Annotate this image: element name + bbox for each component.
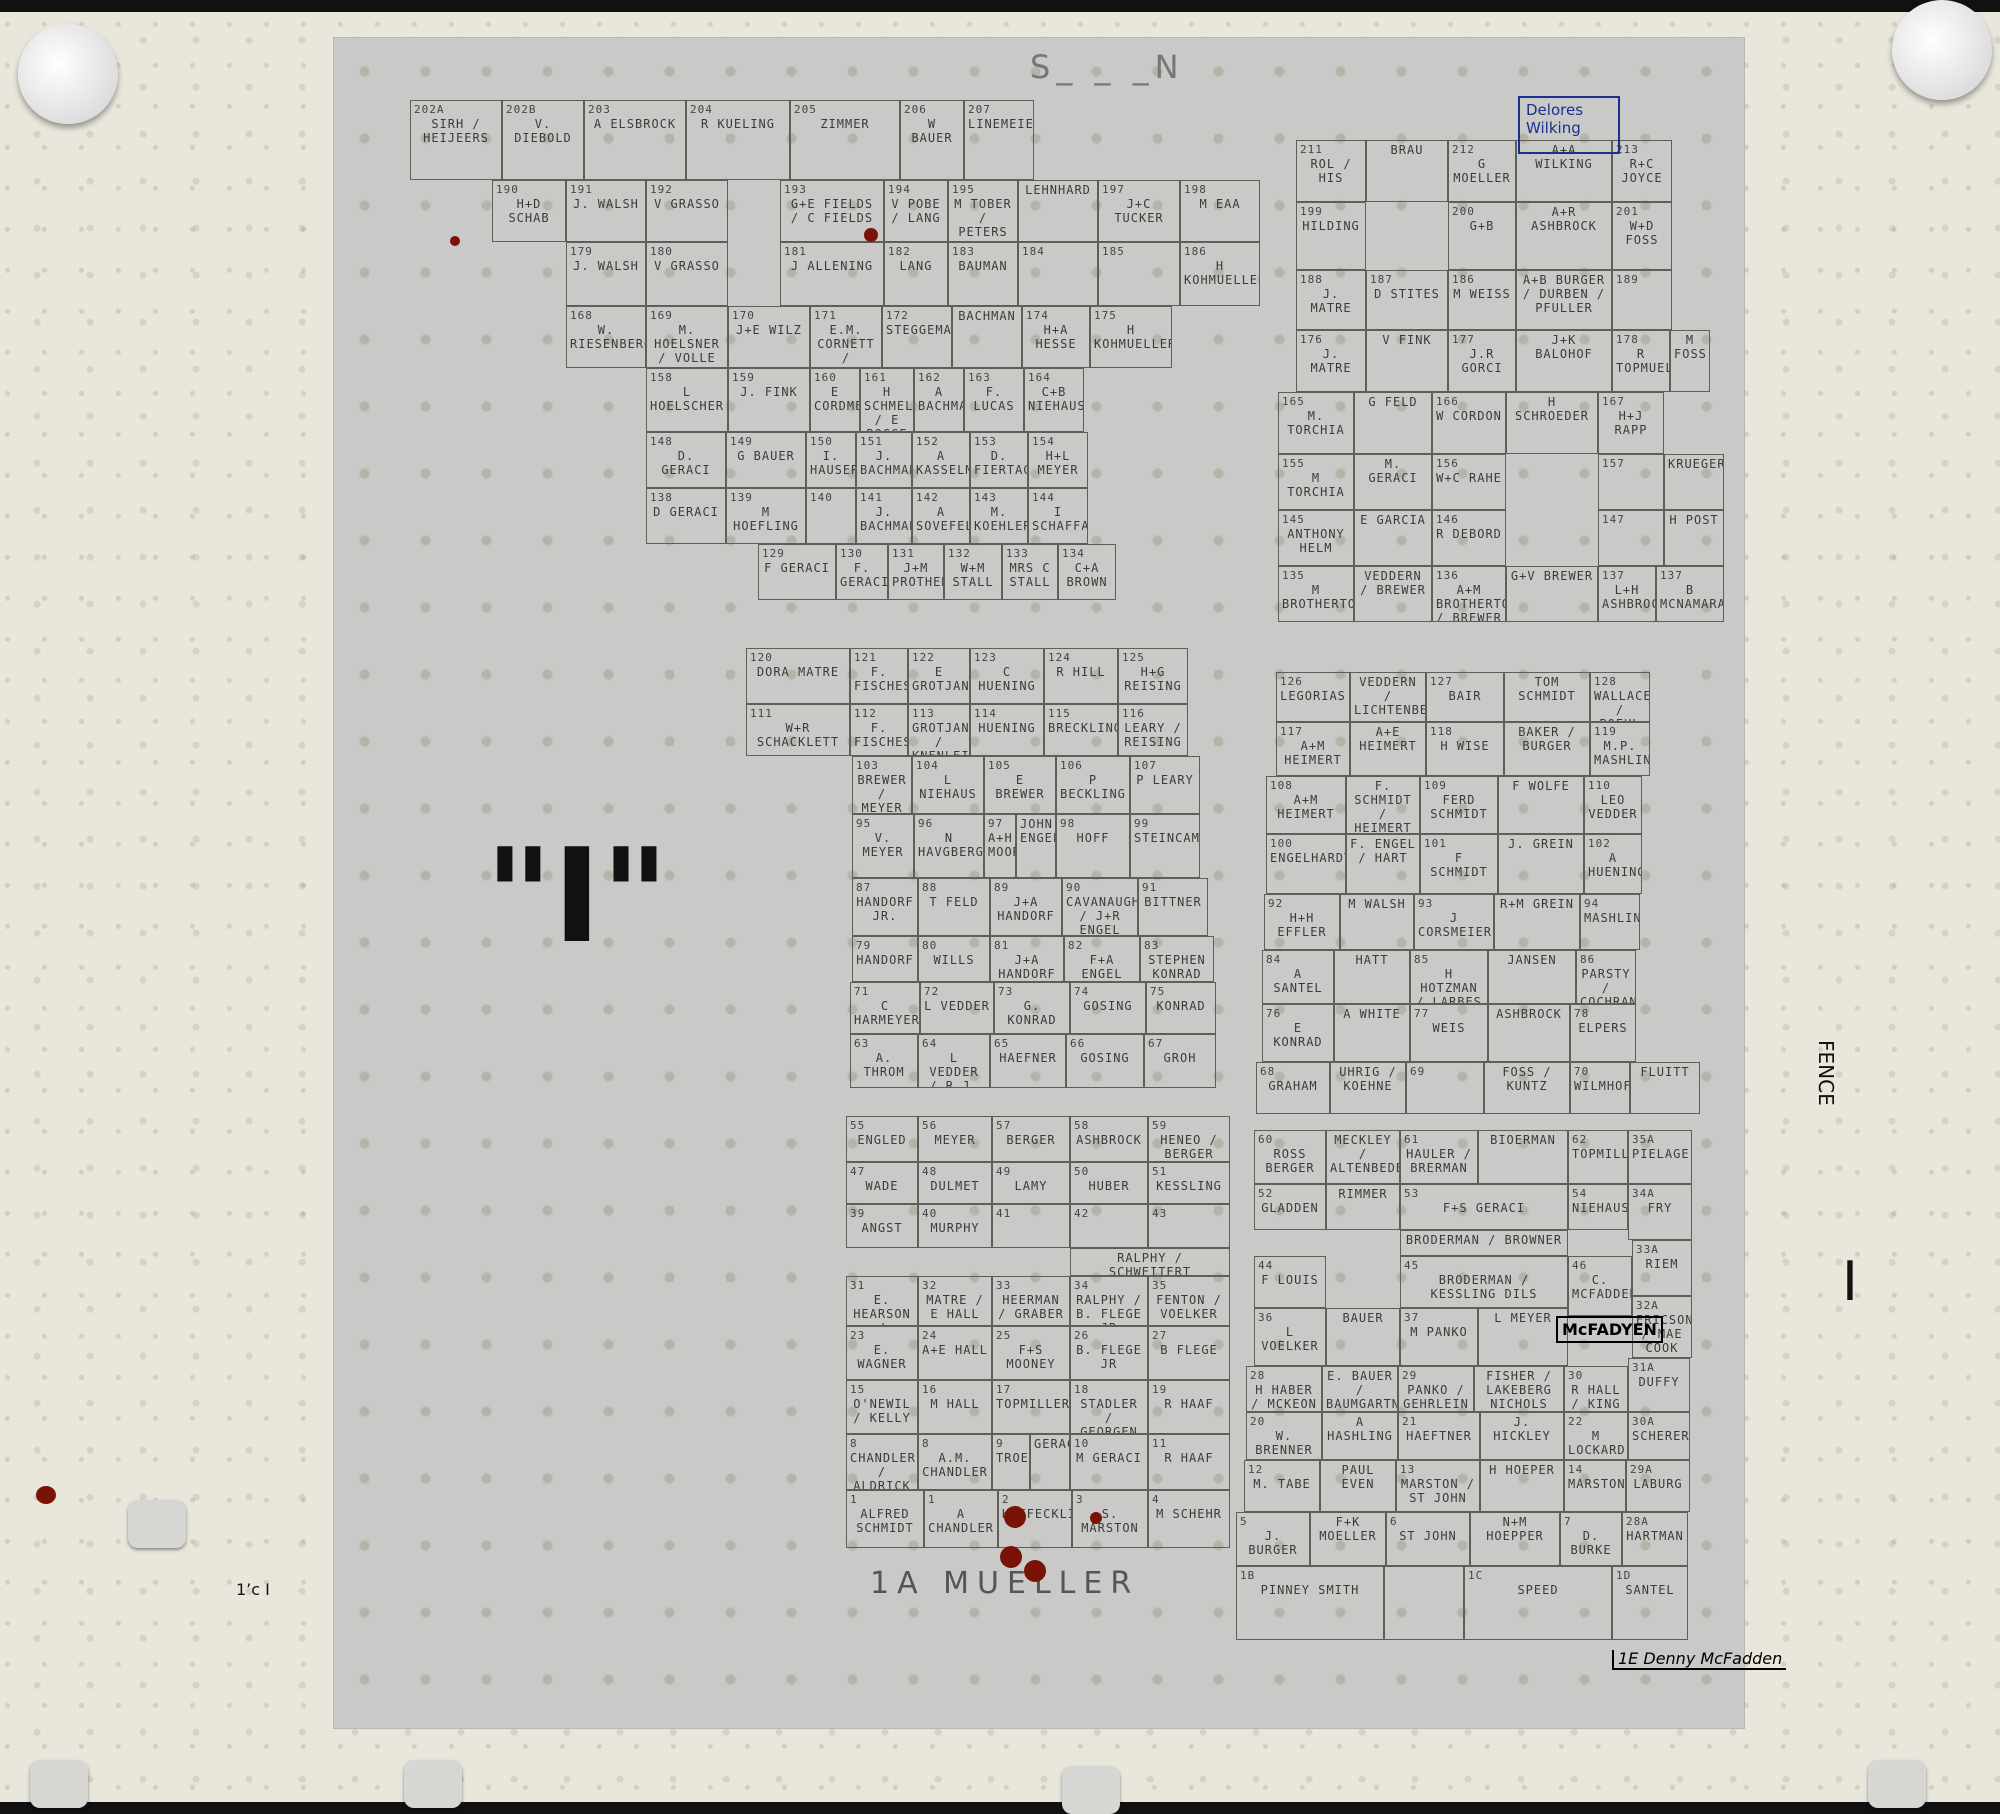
plot-cell: H HOEPER bbox=[1480, 1460, 1564, 1512]
plot-number: 162 bbox=[918, 371, 960, 385]
plot-number: 73 bbox=[998, 985, 1066, 999]
plot-owner-name: B MCNAMARA bbox=[1660, 583, 1720, 611]
plot-number: 206 bbox=[904, 103, 960, 117]
plot-owner-name: BAUMAN bbox=[952, 259, 1014, 273]
plot-number: 68 bbox=[1260, 1065, 1326, 1079]
plot-cell: 114HUENING bbox=[970, 704, 1044, 756]
plot-owner-name: F SCHMIDT bbox=[1424, 851, 1494, 879]
plot-number: 15 bbox=[850, 1383, 914, 1397]
plot-owner-name: E KONRAD bbox=[1266, 1021, 1330, 1049]
plot-cell: 83STEPHEN KONRAD bbox=[1140, 936, 1214, 982]
plot-cell: 42 bbox=[1070, 1204, 1148, 1248]
plot-owner-name: F. GERACI bbox=[840, 561, 884, 589]
plot-owner-name: A SOVEFELD bbox=[916, 505, 966, 533]
plot-number: 103 bbox=[856, 759, 908, 773]
plot-owner-name: H+L MEYER bbox=[1032, 449, 1084, 477]
plot-number: 25 bbox=[996, 1329, 1066, 1343]
plot-owner-name: ALFRED SCHMIDT bbox=[850, 1507, 920, 1535]
plot-cell: F. SCHMIDT / HEIMERT bbox=[1346, 776, 1420, 834]
plot-owner-name: V GRASSO bbox=[650, 197, 724, 211]
plot-owner-name: D. GERACI bbox=[650, 449, 722, 477]
plot-cell: 107P LEARY bbox=[1130, 756, 1200, 814]
plot-number: 192 bbox=[650, 183, 724, 197]
plot-owner-name: JANSEN bbox=[1492, 953, 1572, 967]
plot-owner-name: H SCHROEDER bbox=[1510, 395, 1594, 423]
plot-cell: 66GOSING bbox=[1066, 1034, 1144, 1088]
plot-number: 7 bbox=[1564, 1515, 1618, 1529]
plot-number: 123 bbox=[974, 651, 1040, 665]
plot-number: 132 bbox=[948, 547, 998, 561]
plot-owner-name: HEERMAN / GRABER bbox=[996, 1293, 1066, 1321]
plot-owner-name: GLADDEN bbox=[1258, 1201, 1322, 1215]
plot-cell bbox=[1384, 1566, 1464, 1640]
plot-cell: 20W. BRENNER bbox=[1246, 1412, 1322, 1460]
plot-owner-name: ENGELHARDT bbox=[1270, 851, 1342, 865]
plot-number: 211 bbox=[1300, 143, 1362, 157]
plot-cell: 189 bbox=[1612, 270, 1672, 330]
plot-cell: 95V. MEYER bbox=[852, 814, 914, 878]
plot-number: 67 bbox=[1148, 1037, 1212, 1051]
pushpin-top-right bbox=[1892, 0, 1992, 100]
plot-cell: 198M EAA bbox=[1180, 180, 1260, 242]
plot-cell: JOHN ENGEL bbox=[1016, 814, 1056, 878]
plot-number: 141 bbox=[860, 491, 908, 505]
plot-cell: 150I. HAUSER bbox=[806, 432, 856, 488]
plot-cell: ASHBROCK bbox=[1488, 1004, 1570, 1062]
plot-number: 37 bbox=[1404, 1311, 1474, 1325]
plot-owner-name: PAUL EVEN bbox=[1324, 1463, 1392, 1491]
tack-bottom-4 bbox=[1868, 1760, 1926, 1808]
plot-owner-name: RALPHY / SCHWEITERT bbox=[1074, 1251, 1226, 1276]
plot-owner-name: STEINCAMP bbox=[1134, 831, 1196, 845]
plot-cell: PAUL EVEN bbox=[1320, 1460, 1396, 1512]
plot-owner-name: L VEDDER bbox=[924, 999, 990, 1013]
plot-cell: 175H KOHMUELLER bbox=[1090, 306, 1172, 368]
plot-number: 81 bbox=[994, 939, 1060, 953]
section-marker-right: I bbox=[1842, 1250, 1858, 1313]
plot-number: 184 bbox=[1022, 245, 1094, 259]
plot-cell: 172STEGGEMAN bbox=[882, 306, 952, 368]
plot-cell: 34AFRY bbox=[1628, 1184, 1692, 1240]
plot-number: 204 bbox=[690, 103, 786, 117]
plot-number: 130 bbox=[840, 547, 884, 561]
plot-owner-name: PANKO / GEHRLEIN bbox=[1402, 1383, 1470, 1411]
plot-number: 212 bbox=[1452, 143, 1512, 157]
plot-number: 34A bbox=[1632, 1187, 1688, 1201]
plot-owner-name: HENEO / BERGER bbox=[1152, 1133, 1226, 1161]
plot-number: 165 bbox=[1282, 395, 1350, 409]
plot-owner-name: WALLACE / BOEHL bbox=[1594, 689, 1646, 722]
plot-owner-name: J+A HANDORF bbox=[994, 953, 1060, 981]
plot-owner-name: GROTJAN / KNENLEIN bbox=[912, 721, 966, 756]
plot-cell: 121F. FISCHESSER bbox=[850, 648, 908, 704]
plot-owner-name: J. FINK bbox=[732, 385, 806, 399]
plot-number: 91 bbox=[1142, 881, 1204, 895]
plot-number: 66 bbox=[1070, 1037, 1140, 1051]
plot-cell: 94MASHLINE bbox=[1580, 894, 1640, 950]
plot-cell: 48DULMET bbox=[918, 1162, 992, 1204]
tack-bottom-3 bbox=[1062, 1766, 1120, 1814]
stain-drop bbox=[864, 228, 878, 242]
plot-cell: 178R TOPMUELLER bbox=[1612, 330, 1670, 392]
plot-cell: BIOERMAN bbox=[1478, 1130, 1568, 1184]
plot-cell: 170J+E WILZ bbox=[728, 306, 810, 368]
plot-owner-name: MEYER bbox=[922, 1133, 988, 1147]
plot-owner-name: G MOELLER bbox=[1452, 157, 1512, 185]
plot-owner-name: DORA MATRE bbox=[750, 665, 846, 679]
plot-cell: 117A+M HEIMERT bbox=[1276, 722, 1350, 776]
plot-number: 75 bbox=[1150, 985, 1212, 999]
plot-owner-name: F WOLFE bbox=[1502, 779, 1580, 793]
plot-owner-name: ZIMMER bbox=[794, 117, 896, 131]
plot-number: 164 bbox=[1028, 371, 1080, 385]
plot-cell: 202BV. DIEBOLD bbox=[502, 100, 584, 180]
plot-cell: 134C+A BROWN bbox=[1058, 544, 1116, 600]
plot-number: 118 bbox=[1430, 725, 1500, 739]
plot-cell: 35APIELAGE bbox=[1628, 1130, 1692, 1184]
plot-cell: 147 bbox=[1598, 510, 1664, 566]
plot-owner-name: C+A BROWN bbox=[1062, 561, 1112, 589]
plot-owner-name: M WEISS bbox=[1452, 287, 1512, 301]
plot-cell: 135M BROTHERTON bbox=[1278, 566, 1354, 622]
corner-note: 1’c I bbox=[236, 1580, 270, 1599]
plot-cell: 166W CORDON bbox=[1432, 392, 1506, 454]
plot-owner-name: H KOHMUELLER bbox=[1184, 259, 1256, 287]
plot-cell: 151J. BACHMAN bbox=[856, 432, 912, 488]
plot-owner-name: F GERACI bbox=[762, 561, 832, 575]
plot-number: 213 bbox=[1616, 143, 1668, 157]
plot-number: 143 bbox=[974, 491, 1024, 505]
plot-cell: V FINK bbox=[1366, 330, 1448, 392]
plot-number: 43 bbox=[1152, 1207, 1226, 1221]
plot-number: 63 bbox=[854, 1037, 914, 1051]
plot-cell: 44F LOUIS bbox=[1254, 1256, 1326, 1308]
plot-number: 139 bbox=[730, 491, 802, 505]
plot-owner-name: LEO VEDDER bbox=[1588, 793, 1638, 821]
plot-number: 62 bbox=[1572, 1133, 1624, 1147]
plot-cell: 129F GERACI bbox=[758, 544, 836, 600]
plot-cell: 25F+S MOONEY bbox=[992, 1326, 1070, 1380]
plot-cell: A+E HEIMERT bbox=[1350, 722, 1426, 776]
plot-number: 205 bbox=[794, 103, 896, 117]
plot-cell: 14MARSTON bbox=[1564, 1460, 1626, 1512]
plot-number: 163 bbox=[968, 371, 1020, 385]
plot-cell: 86PARSTY / COCHRAN bbox=[1576, 950, 1636, 1004]
plot-owner-name: TOPMILLER bbox=[1572, 1147, 1624, 1161]
plot-cell: RALPHY / SCHWEITERT bbox=[1070, 1248, 1230, 1276]
plot-number: 122 bbox=[912, 651, 966, 665]
tack-bottom-1 bbox=[30, 1760, 88, 1808]
plot-owner-name: N HAVGBERG bbox=[918, 831, 980, 859]
plot-cell: 113GROTJAN / KNENLEIN bbox=[908, 704, 970, 756]
plot-cell: GERACI bbox=[1030, 1434, 1070, 1490]
plot-cell: 68GRAHAM bbox=[1256, 1062, 1330, 1114]
plot-cell: 153D. FIERTAG bbox=[970, 432, 1028, 488]
plot-owner-name: VEDDERN / BREWER bbox=[1358, 569, 1428, 597]
plot-owner-name: H+H EFFLER bbox=[1268, 911, 1336, 939]
plot-owner-name: L NIEHAUS bbox=[916, 773, 980, 801]
plot-number: 178 bbox=[1616, 333, 1666, 347]
plot-owner-name: A+E HALL bbox=[922, 1343, 988, 1357]
plot-cell: 96N HAVGBERG bbox=[914, 814, 984, 878]
plot-cell: 49LAMY bbox=[992, 1162, 1070, 1204]
plot-cell: 141J. BACHMAN bbox=[856, 488, 912, 544]
plot-cell: 157 bbox=[1598, 454, 1664, 510]
plot-number: 156 bbox=[1436, 457, 1502, 471]
plot-number: 167 bbox=[1602, 395, 1660, 409]
plot-number: 115 bbox=[1048, 707, 1114, 721]
plot-cell: 35FENTON / VOELKER bbox=[1148, 1276, 1230, 1326]
plot-number: 59 bbox=[1152, 1119, 1226, 1133]
plot-cell: 148D. GERACI bbox=[646, 432, 726, 488]
plot-cell: 28AHARTMAN bbox=[1622, 1512, 1688, 1566]
plot-cell: 26B. FLEGE JR bbox=[1070, 1326, 1148, 1380]
plot-cell: 186M WEISS bbox=[1448, 270, 1516, 330]
plot-number: 121 bbox=[854, 651, 904, 665]
plot-owner-name: H SCHMELLER / E ROGGE bbox=[864, 385, 910, 432]
stain-drop bbox=[36, 1486, 56, 1504]
plot-owner-name: F. ENGEL / HART bbox=[1350, 837, 1416, 865]
plot-cell: 10M GERACI bbox=[1070, 1434, 1148, 1490]
plot-cell: 11R HAAF bbox=[1148, 1434, 1230, 1490]
plot-number: 11 bbox=[1152, 1437, 1226, 1451]
plot-owner-name: A HASHLING bbox=[1326, 1415, 1394, 1443]
plot-number: 119 bbox=[1594, 725, 1646, 739]
plot-number: 51 bbox=[1152, 1165, 1226, 1179]
plot-cell: 211ROL / HIS bbox=[1296, 140, 1366, 202]
plot-number: 170 bbox=[732, 309, 806, 323]
plot-owner-name: D STITES bbox=[1370, 287, 1444, 301]
plot-number: 22 bbox=[1568, 1415, 1624, 1429]
plot-cell: FISHER / LAKEBERG NICHOLS bbox=[1474, 1366, 1564, 1412]
plot-number: 17 bbox=[996, 1383, 1066, 1397]
plot-number: 152 bbox=[916, 435, 966, 449]
plot-number: 194 bbox=[888, 183, 944, 197]
plot-cell: 181J ALLENING bbox=[780, 242, 884, 306]
plot-owner-name: R DEBORD bbox=[1436, 527, 1502, 541]
plot-cell: J. GREIN bbox=[1498, 834, 1584, 894]
plot-number: 72 bbox=[924, 985, 990, 999]
plot-cell: 1BPINNEY SMITH bbox=[1236, 1566, 1384, 1640]
plot-owner-name: F+A ENGEL bbox=[1068, 953, 1136, 981]
plot-cell: 21HAEFTNER bbox=[1398, 1412, 1480, 1460]
plot-owner-name: J+E WILZ bbox=[732, 323, 806, 337]
plot-number: 155 bbox=[1282, 457, 1350, 471]
plot-number: 99 bbox=[1134, 817, 1196, 831]
plot-cell: 84A SANTEL bbox=[1262, 950, 1334, 1004]
plot-number: 33 bbox=[996, 1279, 1066, 1293]
plot-cell: 91BITTNER bbox=[1138, 878, 1208, 936]
plot-owner-name: D. BURKE bbox=[1564, 1529, 1618, 1557]
plot-number: 90 bbox=[1066, 881, 1134, 895]
plot-owner-name: J. BACHMAN bbox=[860, 449, 908, 477]
plot-number: 147 bbox=[1602, 513, 1660, 527]
plot-cell: 190H+D SCHAB bbox=[492, 180, 566, 242]
plot-number: 70 bbox=[1574, 1065, 1626, 1079]
plot-cell: 28H HABER / MCKEON bbox=[1246, 1366, 1322, 1412]
plot-cell: A+R ASHBROCK bbox=[1516, 202, 1612, 270]
plot-owner-name: LINEMEIER bbox=[968, 117, 1030, 131]
plot-owner-name: E.M. CORNETT / CARBRIER bbox=[814, 323, 878, 368]
plot-owner-name: ELPERS bbox=[1574, 1021, 1632, 1035]
plot-owner-name: W+D FOSS bbox=[1616, 219, 1668, 247]
plot-cell: 65HAEFNER bbox=[990, 1034, 1066, 1088]
plot-cell: 56MEYER bbox=[918, 1116, 992, 1162]
plot-number: 202A bbox=[414, 103, 498, 117]
plot-cell: M FOSS bbox=[1670, 330, 1710, 392]
plot-owner-name: R KUELING bbox=[690, 117, 786, 131]
plot-cell: 115BRECKLING bbox=[1044, 704, 1118, 756]
plot-number: 89 bbox=[994, 881, 1058, 895]
plot-number: 94 bbox=[1584, 897, 1636, 911]
plot-cell: 58ASHBROCK bbox=[1070, 1116, 1148, 1162]
stain-drop bbox=[1004, 1506, 1026, 1528]
plot-cell: UHRIG / KOEHNE bbox=[1330, 1062, 1406, 1114]
plot-cell: 50HUBER bbox=[1070, 1162, 1148, 1204]
plot-cell: 143M. KOEHLER bbox=[970, 488, 1028, 544]
plot-owner-name: G FELD bbox=[1358, 395, 1428, 409]
plot-owner-name: I SCHAFFACHER bbox=[1032, 505, 1084, 533]
plot-owner-name: ANGST bbox=[850, 1221, 914, 1235]
plot-cell: 33HEERMAN / GRABER bbox=[992, 1276, 1070, 1326]
plot-owner-name: HANDORF JR. bbox=[856, 895, 914, 923]
plot-owner-name: A.M. CHANDLER bbox=[922, 1451, 988, 1479]
plot-cell: TOM SCHMIDT bbox=[1504, 672, 1590, 722]
plot-owner-name: H HOTZMAN / LARBES bbox=[1414, 967, 1484, 1004]
plot-owner-name: C HARMEYER bbox=[854, 999, 916, 1027]
plot-owner-name: A+B BURGER / DURBEN / PFULLER bbox=[1520, 273, 1608, 315]
plot-number: 69 bbox=[1410, 1065, 1480, 1079]
fence-label: FENCE bbox=[1814, 1040, 1838, 1106]
plot-owner-name: F. FISCHESSER bbox=[854, 721, 904, 749]
plot-number: 186 bbox=[1184, 245, 1256, 259]
plot-owner-name: V FINK bbox=[1370, 333, 1444, 347]
plot-owner-name: HAEFNER bbox=[994, 1051, 1062, 1065]
plot-owner-name: LAMY bbox=[996, 1179, 1066, 1193]
plot-owner-name: M PANKO bbox=[1404, 1325, 1474, 1339]
plot-owner-name: H+D SCHAB bbox=[496, 197, 562, 225]
plot-number: 187 bbox=[1370, 273, 1444, 287]
plot-owner-name: MASHLINE bbox=[1584, 911, 1636, 925]
plot-number: 136 bbox=[1436, 569, 1502, 583]
plot-cell: 200G+B bbox=[1448, 202, 1516, 270]
plot-number: 195 bbox=[952, 183, 1014, 197]
plot-cell: 5J. BURGER bbox=[1236, 1512, 1310, 1566]
plot-cell: 162A BACHMAN bbox=[914, 368, 964, 432]
plot-number: 32A bbox=[1636, 1299, 1688, 1313]
plot-number: 24 bbox=[922, 1329, 988, 1343]
plot-number: 42 bbox=[1074, 1207, 1144, 1221]
plot-cell: 43 bbox=[1148, 1204, 1230, 1248]
plot-owner-name: PINNEY SMITH bbox=[1240, 1583, 1380, 1597]
plot-number: 28A bbox=[1626, 1515, 1684, 1529]
plot-owner-name: FENTON / VOELKER bbox=[1152, 1293, 1226, 1321]
plot-cell: 169M. HOELSNER / VOLLE bbox=[646, 306, 728, 368]
plot-owner-name: J+K BALOHOF bbox=[1520, 333, 1608, 361]
plot-owner-name: M. KOEHLER bbox=[974, 505, 1024, 533]
plot-owner-name: E. BAUER / BAUMGARTNER bbox=[1326, 1369, 1394, 1411]
plot-cell: 197J+C TUCKER bbox=[1098, 180, 1180, 242]
plot-owner-name: M.P. MASHLINE bbox=[1594, 739, 1646, 767]
plot-cell: 187D STITES bbox=[1366, 270, 1448, 330]
plot-owner-name: J.R GORCI bbox=[1452, 347, 1512, 375]
plot-cell: 159J. FINK bbox=[728, 368, 810, 432]
plot-number: 40 bbox=[922, 1207, 988, 1221]
plot-cell: 41 bbox=[992, 1204, 1070, 1248]
plot-owner-name: ROSS BERGER bbox=[1258, 1147, 1322, 1175]
plot-cell: 74GOSING bbox=[1070, 982, 1146, 1034]
plot-owner-name: W+C RAHE bbox=[1436, 471, 1502, 485]
plot-number: 55 bbox=[850, 1119, 914, 1133]
plot-number: 44 bbox=[1258, 1259, 1322, 1273]
plot-owner-name: C+B NIEHAUS bbox=[1028, 385, 1080, 413]
plot-cell: E GARCIA bbox=[1354, 510, 1432, 566]
plot-cell: 61HAULER / BRERMAN bbox=[1400, 1130, 1478, 1184]
plot-number: 112 bbox=[854, 707, 904, 721]
plot-number: 58 bbox=[1074, 1119, 1144, 1133]
plot-cell: 16M HALL bbox=[918, 1380, 992, 1434]
plot-cell: 146R DEBORD bbox=[1432, 510, 1506, 566]
plot-owner-name: M TOBER / PETERS bbox=[952, 197, 1014, 239]
plot-owner-name: ENGLED bbox=[850, 1133, 914, 1147]
plot-number: 83 bbox=[1144, 939, 1210, 953]
plot-cell: 82F+A ENGEL bbox=[1064, 936, 1140, 982]
plot-cell: 15O'NEWIL / KELLY bbox=[846, 1380, 918, 1434]
plot-cell: A WHITE bbox=[1334, 1004, 1410, 1062]
plot-cell: 167H+J RAPP bbox=[1598, 392, 1664, 454]
plot-cell: A HASHLING bbox=[1322, 1412, 1398, 1460]
plot-cell: R+M GREIN bbox=[1494, 894, 1580, 950]
plot-owner-name: J. WALSH bbox=[570, 197, 642, 211]
plot-cell: 165M. TORCHIA bbox=[1278, 392, 1354, 454]
plot-cell: G FELD bbox=[1354, 392, 1432, 454]
plot-cell: 199HILDING bbox=[1296, 202, 1366, 270]
plot-owner-name: L HOELSCHER bbox=[650, 385, 724, 413]
plot-owner-name: S. MARSTON bbox=[1076, 1507, 1144, 1535]
plot-owner-name: UHRIG / KOEHNE bbox=[1334, 1065, 1402, 1093]
plot-number: 65 bbox=[994, 1037, 1062, 1051]
plot-cell: 57BERGER bbox=[992, 1116, 1070, 1162]
plot-number: 176 bbox=[1300, 333, 1362, 347]
plot-number: 60 bbox=[1258, 1133, 1322, 1147]
plot-owner-name: LABURG bbox=[1630, 1477, 1686, 1491]
plot-owner-name: MARSTON / ST JOHN bbox=[1400, 1477, 1476, 1505]
stain-drop bbox=[1024, 1560, 1046, 1582]
plot-owner-name: G BAUER bbox=[730, 449, 802, 463]
plot-owner-name: W BAUER bbox=[904, 117, 960, 145]
plot-owner-name: FLUITT bbox=[1634, 1065, 1696, 1079]
plot-owner-name: E GARCIA bbox=[1358, 513, 1428, 527]
plot-number: 182 bbox=[888, 245, 944, 259]
plot-number: 125 bbox=[1122, 651, 1184, 665]
pushpin-top-left bbox=[18, 24, 118, 124]
plot-number: 85 bbox=[1414, 953, 1484, 967]
plot-number: 133 bbox=[1006, 547, 1054, 561]
plot-cell: 160E CORDMEIER bbox=[810, 368, 860, 432]
plot-owner-name: M LOCKARD bbox=[1568, 1429, 1624, 1457]
plot-owner-name: N+M HOEPPER bbox=[1474, 1515, 1556, 1543]
plot-owner-name: E BREWER bbox=[988, 773, 1052, 801]
plot-number: 110 bbox=[1588, 779, 1638, 793]
plot-number: 10 bbox=[1074, 1437, 1144, 1451]
plot-cell: 36L VOELKER bbox=[1254, 1308, 1326, 1366]
plot-number: 158 bbox=[650, 371, 724, 385]
plot-owner-name: HARTMAN bbox=[1626, 1529, 1684, 1543]
plot-owner-name: A SANTEL bbox=[1266, 967, 1330, 995]
plot-cell: FOSS / KUNTZ bbox=[1484, 1062, 1570, 1114]
plot-number: 39 bbox=[850, 1207, 914, 1221]
plot-cell: 69 bbox=[1406, 1062, 1484, 1114]
